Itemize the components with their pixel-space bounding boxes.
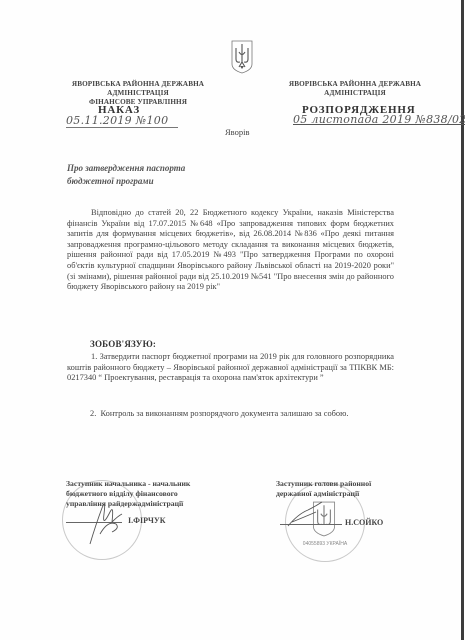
right-handwritten-date: 05 листопада 2019 №838/02-3 [293,114,465,126]
subject-line2: бюджетної програми [67,175,267,188]
document-subject: Про затвердження паспорта бюджетної прог… [67,162,267,188]
preamble-paragraph: Відповідно до статей 20, 22 Бюджетного к… [67,208,394,293]
right-org-header: ЯВОРІВСЬКА РАЙОННА ДЕРЖАВНА АДМІНІСТРАЦІ… [280,80,430,98]
right-org-line2: АДМІНІСТРАЦІЯ [280,89,430,98]
left-handwritten-signature [82,494,132,554]
item-number: 1. [91,352,97,361]
left-org-line2: АДМІНІСТРАЦІЯ [62,89,214,98]
item-number: 2. [90,409,96,418]
left-org-line1: ЯВОРІВСЬКА РАЙОННА ДЕРЖАВНА [62,80,214,89]
order-item-2: 2. Контроль за виконанням розпорядчого д… [90,409,400,420]
item-text: Затвердити паспорт бюджетної програми на… [67,352,394,382]
city-name: Яворів [225,127,250,137]
left-signatory-name: І.ФІРЧУК [128,516,166,525]
document-page: ЯВОРІВСЬКА РАЙОННА ДЕРЖАВНА АДМІНІСТРАЦІ… [0,0,465,640]
right-handwritten-signature [286,500,326,530]
scan-border [461,0,464,640]
left-org-header: ЯВОРІВСЬКА РАЙОННА ДЕРЖАВНА АДМІНІСТРАЦІ… [62,80,214,107]
obligate-heading: ЗОБОВ'ЯЗУЮ: [90,339,156,349]
left-handwritten-date: 05.11.2019 №100 [66,115,178,128]
right-signatory-name: Н.СОЙКО [345,518,383,527]
left-sig-line1: Заступник начальника - начальник [66,479,190,489]
right-signatory-title: Заступник голови районної державної адмі… [276,479,371,499]
item-text: Контроль за виконанням розпорядчого доку… [100,409,348,418]
right-sig-line2: державної адміністрації [276,489,371,499]
order-item-1: 1. Затвердити паспорт бюджетної програми… [67,352,394,384]
trident-coat-of-arms-icon [231,40,253,74]
stamp-code: 04055893 УКРАЇНА [286,541,364,547]
subject-line1: Про затвердження паспорта [67,162,267,175]
right-org-line1: ЯВОРІВСЬКА РАЙОННА ДЕРЖАВНА [280,80,430,89]
right-sig-line1: Заступник голови районної [276,479,371,489]
